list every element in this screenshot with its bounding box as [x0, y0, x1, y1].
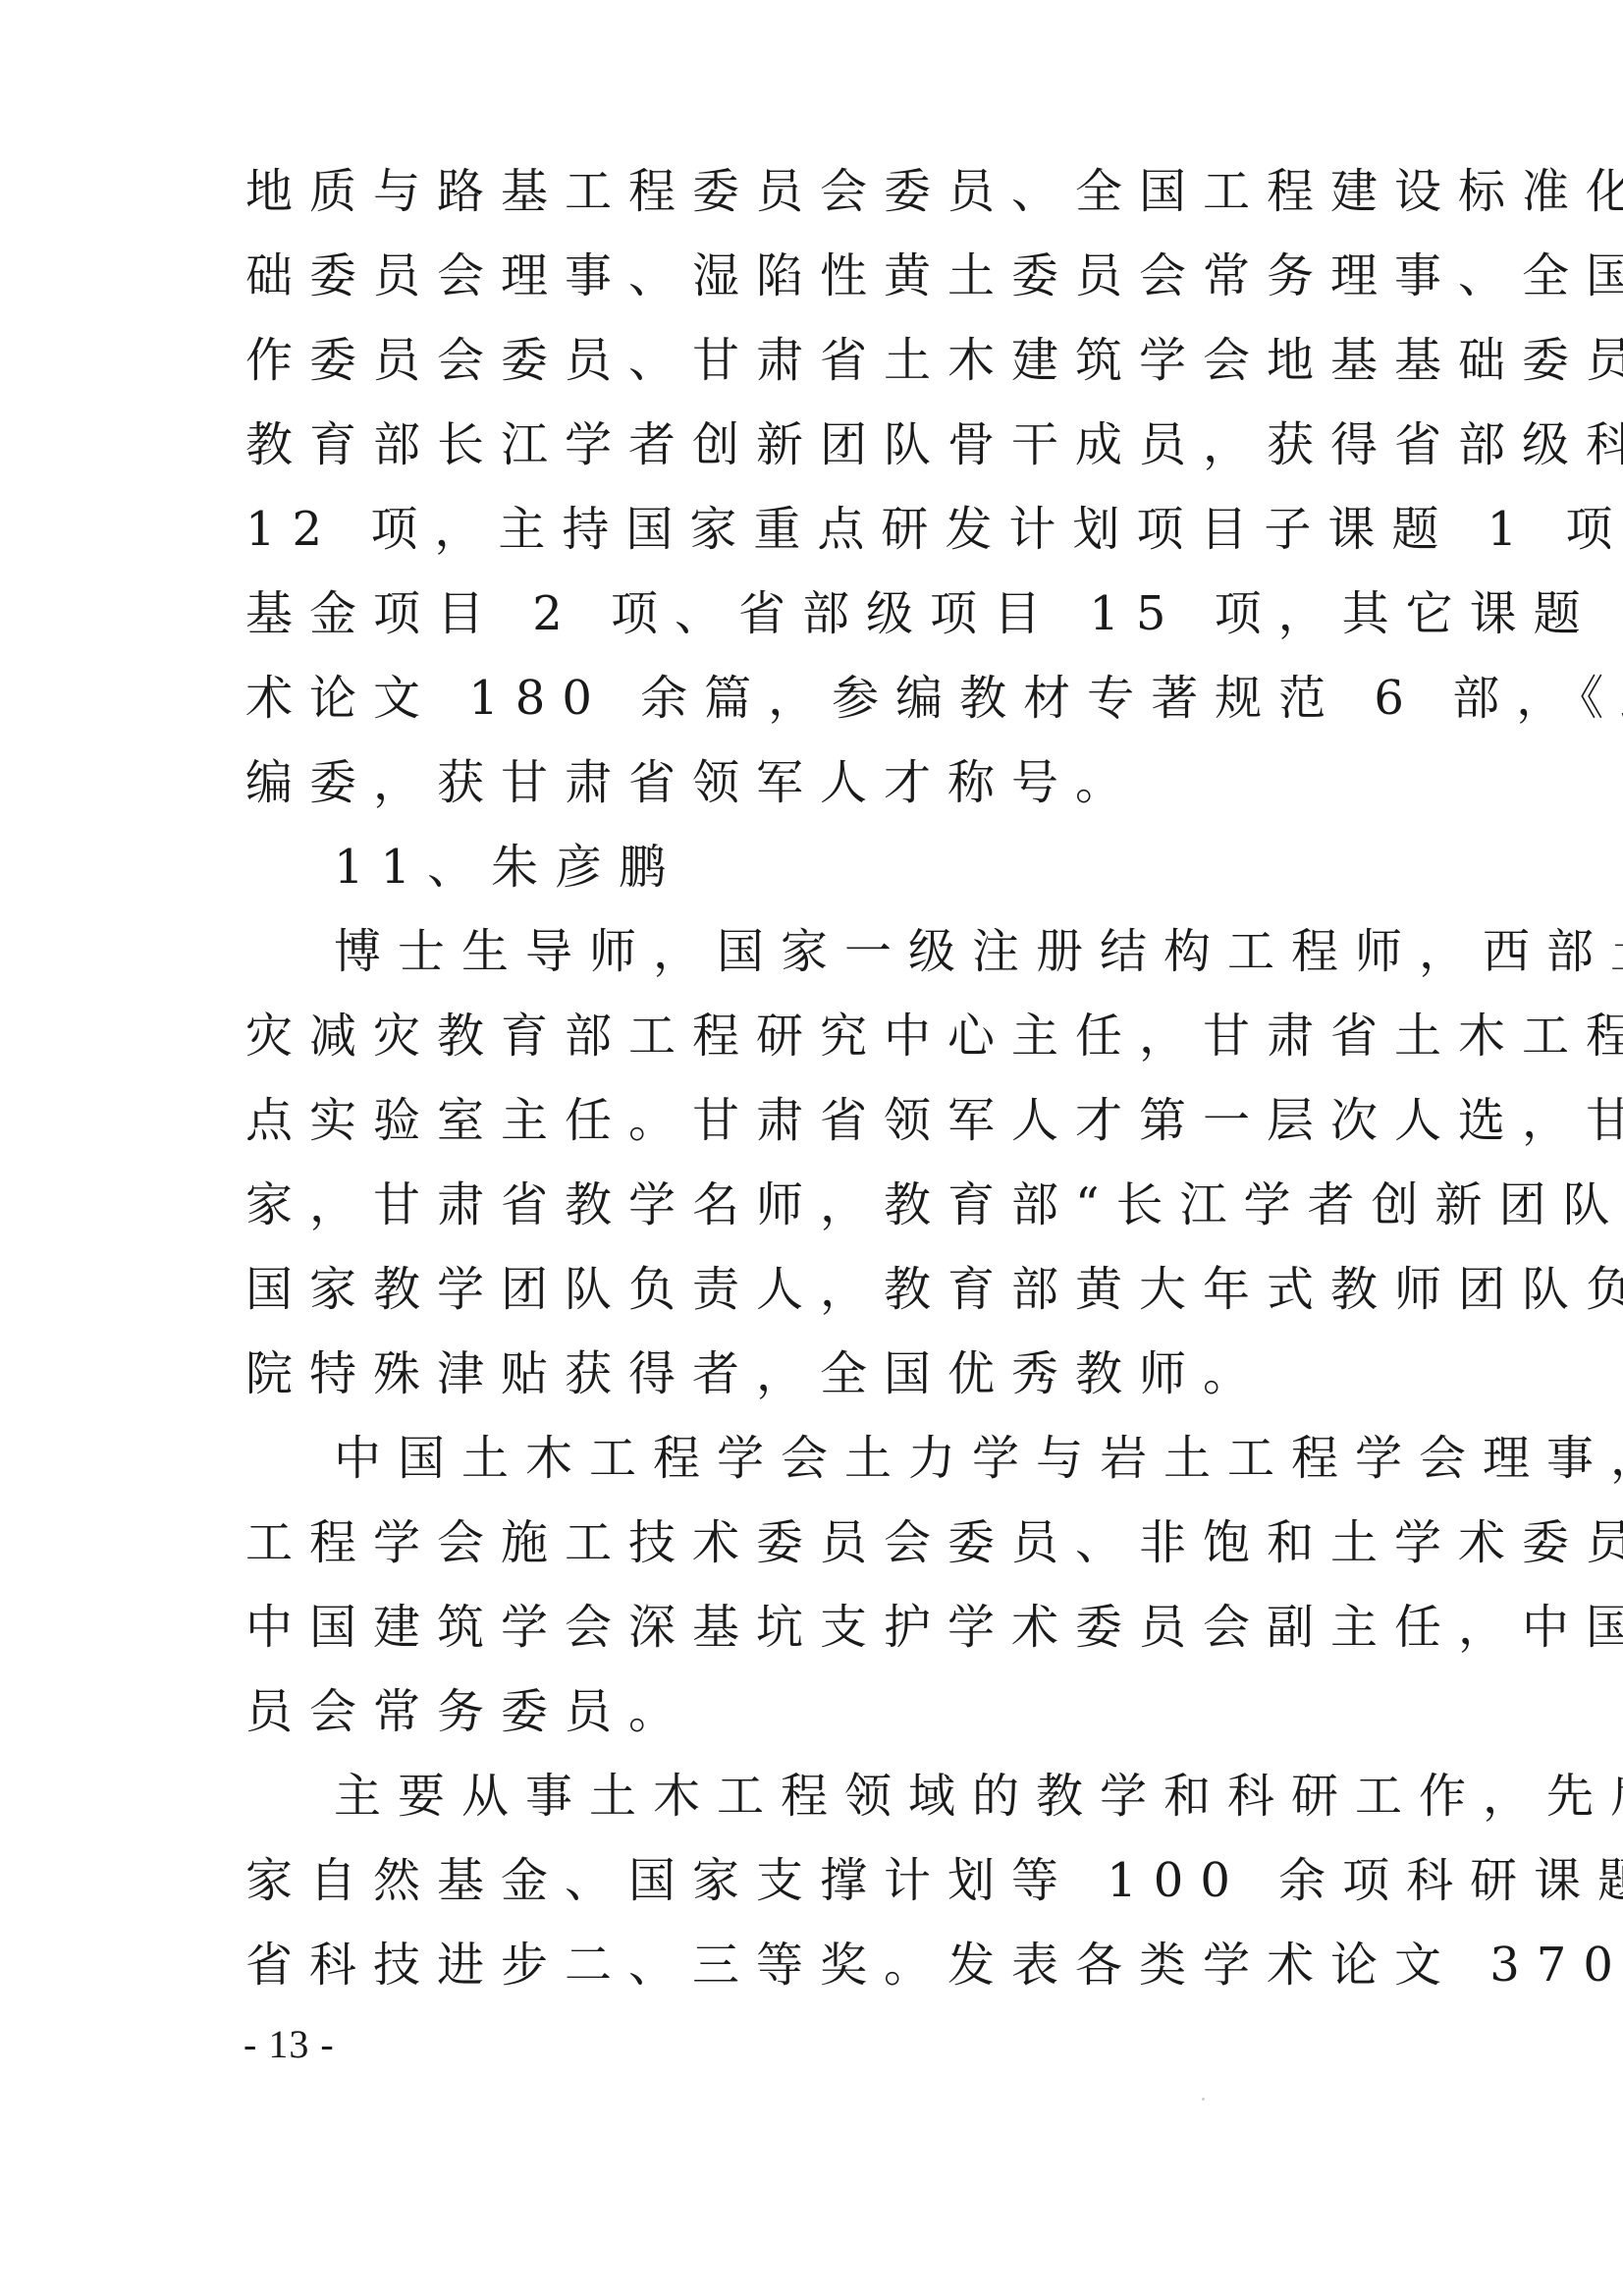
text-line: 家，甘肃省教学名师，教育部“长江学者创新团队”负责人，: [245, 1163, 1400, 1247]
scan-speck: [1202, 2098, 1205, 2101]
text-line: 省科技进步二、三等奖。发表各类学术论文 370 余篇，其中 165: [245, 1923, 1400, 2007]
text-line: 教育部长江学者创新团队骨干成员，获得省部级科研项目奖励: [245, 403, 1400, 487]
text-line: 家自然基金、国家支撑计划等 100 余项科研课题。10 项成果获: [245, 1838, 1400, 1923]
page-number: - 13 -: [243, 2021, 335, 2068]
text-line: 中国建筑学会深基坑支护学术委员会副主任，中国科协黄土委: [245, 1585, 1400, 1669]
paragraph-start-line: 中国土木工程学会土力学与岩土工程学会理事，中国土木: [245, 1416, 1400, 1501]
document-page: 地质与路基工程委员会委员、全国工程建设标准化协会地基基 础委员会理事、湿陷性黄土…: [0, 0, 1623, 2296]
text-line: 员会常务委员。: [245, 1669, 1400, 1754]
section-heading: 11、朱彦鹏: [245, 825, 1400, 909]
text-line: 基金项目 2 项、省部级项目 15 项，其它课题 40 余项，发表学: [245, 572, 1400, 656]
text-line: 12 项，主持国家重点研发计划项目子课题 1 项、国家自然科学: [245, 487, 1400, 572]
text-line: 国家教学团队负责人，教育部黄大年式教师团队负责人，国务: [245, 1247, 1400, 1332]
paragraph-start-line: 主要从事土木工程领域的教学和科研工作，先后承担了国: [245, 1754, 1400, 1838]
text-line: 作委员会委员、甘肃省土木建筑学会地基基础委员会副主任。: [245, 318, 1400, 403]
text-line: 地质与路基工程委员会委员、全国工程建设标准化协会地基基: [245, 149, 1400, 234]
text-line: 工程学会施工技术委员会委员、非饱和土学术委员会副主任，: [245, 1501, 1400, 1585]
text-line: 编委，获甘肃省领军人才称号。: [245, 740, 1400, 825]
text-line: 点实验室主任。甘肃省领军人才第一层次人选，甘肃省优秀专: [245, 1078, 1400, 1163]
text-line: 础委员会理事、湿陷性黄土委员会常务理事、全国交通院校工: [245, 234, 1400, 318]
text-line: 院特殊津贴获得者，全国优秀教师。: [245, 1332, 1400, 1416]
paragraph-start-line: 博士生导师，国家一级注册结构工程师，西部土木工程防: [245, 909, 1400, 994]
text-line: 灾减灾教育部工程研究中心主任，甘肃省土木工程防灾减灾重: [245, 994, 1400, 1078]
document-body: 地质与路基工程委员会委员、全国工程建设标准化协会地基基 础委员会理事、湿陷性黄土…: [245, 149, 1400, 2007]
text-line: 术论文 180 余篇，参编教材专著规范 6 部，《路基工程》杂志: [245, 656, 1400, 740]
